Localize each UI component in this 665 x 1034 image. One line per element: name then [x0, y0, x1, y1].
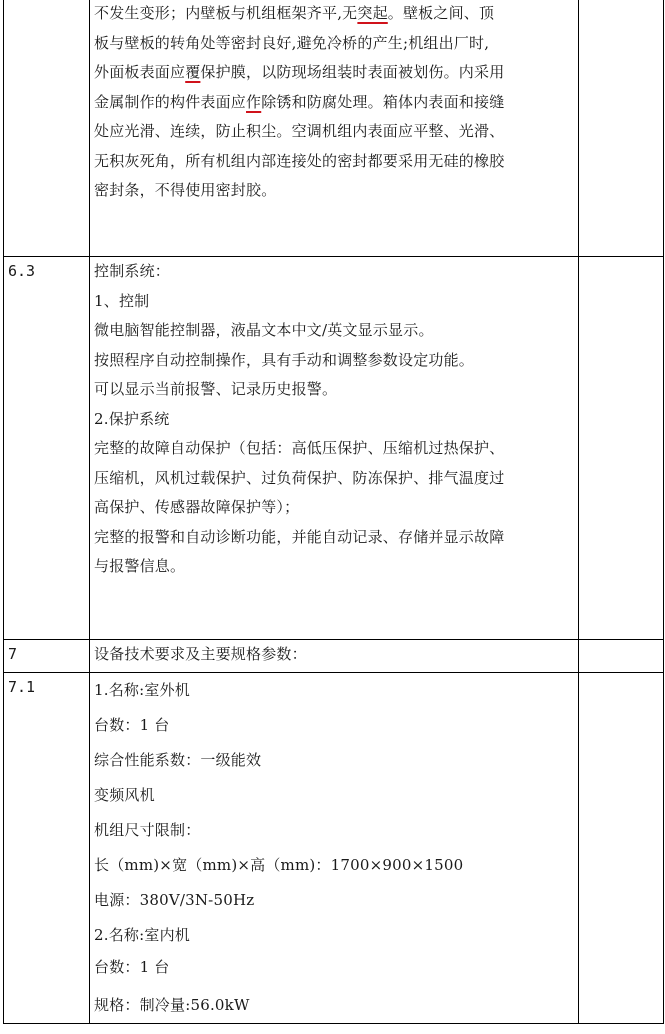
text-run: 机组尺寸限制： [94, 821, 200, 839]
content-cell: 1.名称:室外机台数：1 台综合性能系数：一级能效变频风机机组尺寸限制：长（mm… [90, 673, 579, 1024]
text-run: 按照程序自动控制操作，具有手动和调整参数设定功能。 [94, 351, 474, 369]
text-run: 压缩机，风机过载保护、过负荷保护、防冻保护、排气温度过 [94, 469, 504, 487]
text-run: 完整的故障自动保护（包括：高低压保护、压缩机过热保护、 [94, 439, 504, 457]
content-line: 压缩机，风机过载保护、过负荷保护、防冻保护、排气温度过 [94, 464, 574, 494]
remark-cell [579, 640, 664, 673]
spellcheck-underline: 作 [246, 93, 261, 111]
content-line: 规格：制冷量:56.0kW [94, 988, 574, 1023]
table-row: 不发生变形；内壁板与机组框架齐平,无突起。壁板之间、顶板与壁板的转角处等密封良好… [4, 0, 664, 257]
text-run: 。壁板之间、顶 [388, 4, 494, 22]
text-run: 可以显示当前报警、记录历史报警。 [94, 380, 337, 398]
item-number-cell: 6.3 [4, 257, 90, 640]
content-line: 外面板表面应覆保护膜，以防现场组装时表面被划伤。内采用 [94, 58, 574, 88]
spellcheck-underline: 覆 [185, 63, 200, 81]
text-run: 密封条，不得使用密封胶。 [94, 181, 276, 199]
text-run: 台数：1 台 [94, 716, 170, 734]
content-line: 无积灰死角，所有机组内部连接处的密封都要采用无硅的橡胶 [94, 147, 574, 177]
text-run: 保护膜，以防现场组装时表面被划伤。内采用 [200, 63, 504, 81]
table-row: 6.3 控制系统：1、控制微电脑智能控制器，液晶文本中文/英文显示显示。按照程序… [4, 257, 664, 640]
content-line: 2.保护系统 [94, 405, 574, 435]
text-run: 控制系统： [94, 262, 170, 280]
text-run: 微电脑智能控制器，液晶文本中文/英文显示显示。 [94, 321, 434, 339]
content-line: 机组尺寸限制： [94, 813, 574, 848]
text-run: 变频风机 [94, 786, 155, 804]
text-run: 长（mm)×宽（mm)×高（mm)：1700×900×1500 [94, 856, 463, 874]
content-line: 完整的故障自动保护（包括：高低压保护、压缩机过热保护、 [94, 434, 574, 464]
content-line: 可以显示当前报警、记录历史报警。 [94, 375, 574, 405]
content-line: 变频风机 [94, 778, 574, 813]
content-line: 微电脑智能控制器，液晶文本中文/英文显示显示。 [94, 316, 574, 346]
text-run: 台数：1 台 [94, 958, 170, 976]
content-line: 1、控制 [94, 287, 574, 317]
text-run: 与报警信息。 [94, 557, 185, 575]
text-run: 金属制作的构件表面应 [94, 93, 246, 111]
text-run: 高保护、传感器故障保护等）； [94, 498, 299, 516]
content-cell: 控制系统：1、控制微电脑智能控制器，液晶文本中文/英文显示显示。按照程序自动控制… [90, 257, 579, 640]
text-run: 不发生变形；内壁板与机组框架齐平,无 [94, 4, 357, 22]
content-line: 1.名称:室外机 [94, 673, 574, 708]
table-row: 7.1 1.名称:室外机台数：1 台综合性能系数：一级能效变频风机机组尺寸限制：… [4, 673, 664, 1024]
text-run: 1.名称:室外机 [94, 681, 190, 699]
text-run: 外面板表面应 [94, 63, 185, 81]
content-cell: 不发生变形；内壁板与机组框架齐平,无突起。壁板之间、顶板与壁板的转角处等密封良好… [90, 0, 579, 257]
remark-cell [579, 257, 664, 640]
item-number-cell [4, 0, 90, 257]
content-line: 电源：380V/3N-50Hz [94, 883, 574, 918]
content-line: 控制系统： [94, 257, 574, 287]
text-run: 完整的报警和自动诊断功能，并能自动记录、存储并显示故障 [94, 528, 504, 546]
content-line: 综合性能系数：一级能效 [94, 743, 574, 778]
content-line: 2.名称:室内机 [94, 918, 574, 953]
content-line: 长（mm)×宽（mm)×高（mm)：1700×900×1500 [94, 848, 574, 883]
content-line: 板与壁板的转角处等密封良好,避免冷桥的产生;机组出厂时, [94, 29, 574, 59]
content-line: 高保护、传感器故障保护等）； [94, 493, 574, 523]
text-run: 无积灰死角，所有机组内部连接处的密封都要采用无硅的橡胶 [94, 152, 504, 170]
text-run: 2.名称:室内机 [94, 926, 190, 944]
item-number-cell: 7 [4, 640, 90, 673]
content-line: 密封条，不得使用密封胶。 [94, 176, 574, 206]
content-cell: 设备技术要求及主要规格参数： [90, 640, 579, 673]
text-run: 综合性能系数：一级能效 [94, 751, 261, 769]
text-run: 处应光滑、连续，防止积尘。空调机组内表面应平整、光滑、 [94, 122, 504, 140]
content-line: 不发生变形；内壁板与机组框架齐平,无突起。壁板之间、顶 [94, 0, 574, 29]
remark-cell [579, 673, 664, 1024]
table-row: 7 设备技术要求及主要规格参数： [4, 640, 664, 673]
text-run: 电源：380V/3N-50Hz [94, 891, 254, 909]
spec-table: 不发生变形；内壁板与机组框架齐平,无突起。壁板之间、顶板与壁板的转角处等密封良好… [3, 0, 664, 1024]
content-line: 金属制作的构件表面应作除锈和防腐处理。箱体内表面和接缝 [94, 88, 574, 118]
text-run: 1、控制 [94, 292, 149, 310]
content-line: 台数：1 台 [94, 708, 574, 743]
content-line: 与报警信息。 [94, 552, 574, 582]
text-run: 板与壁板的转角处等密封良好,避免冷桥的产生;机组出厂时, [94, 34, 489, 52]
text-run: 除锈和防腐处理。箱体内表面和接缝 [261, 93, 504, 111]
text-run: 2.保护系统 [94, 410, 170, 428]
text-run: 设备技术要求及主要规格参数： [94, 645, 307, 663]
content-line: 完整的报警和自动诊断功能，并能自动记录、存储并显示故障 [94, 523, 574, 553]
content-line: 台数：1 台 [94, 953, 574, 982]
content-line: 设备技术要求及主要规格参数： [94, 640, 574, 670]
spellcheck-underline: 突起 [357, 4, 387, 22]
text-run: 规格：制冷量:56.0kW [94, 996, 250, 1014]
content-line: 处应光滑、连续，防止积尘。空调机组内表面应平整、光滑、 [94, 117, 574, 147]
item-number-cell: 7.1 [4, 673, 90, 1024]
remark-cell [579, 0, 664, 257]
content-line: 按照程序自动控制操作，具有手动和调整参数设定功能。 [94, 346, 574, 376]
